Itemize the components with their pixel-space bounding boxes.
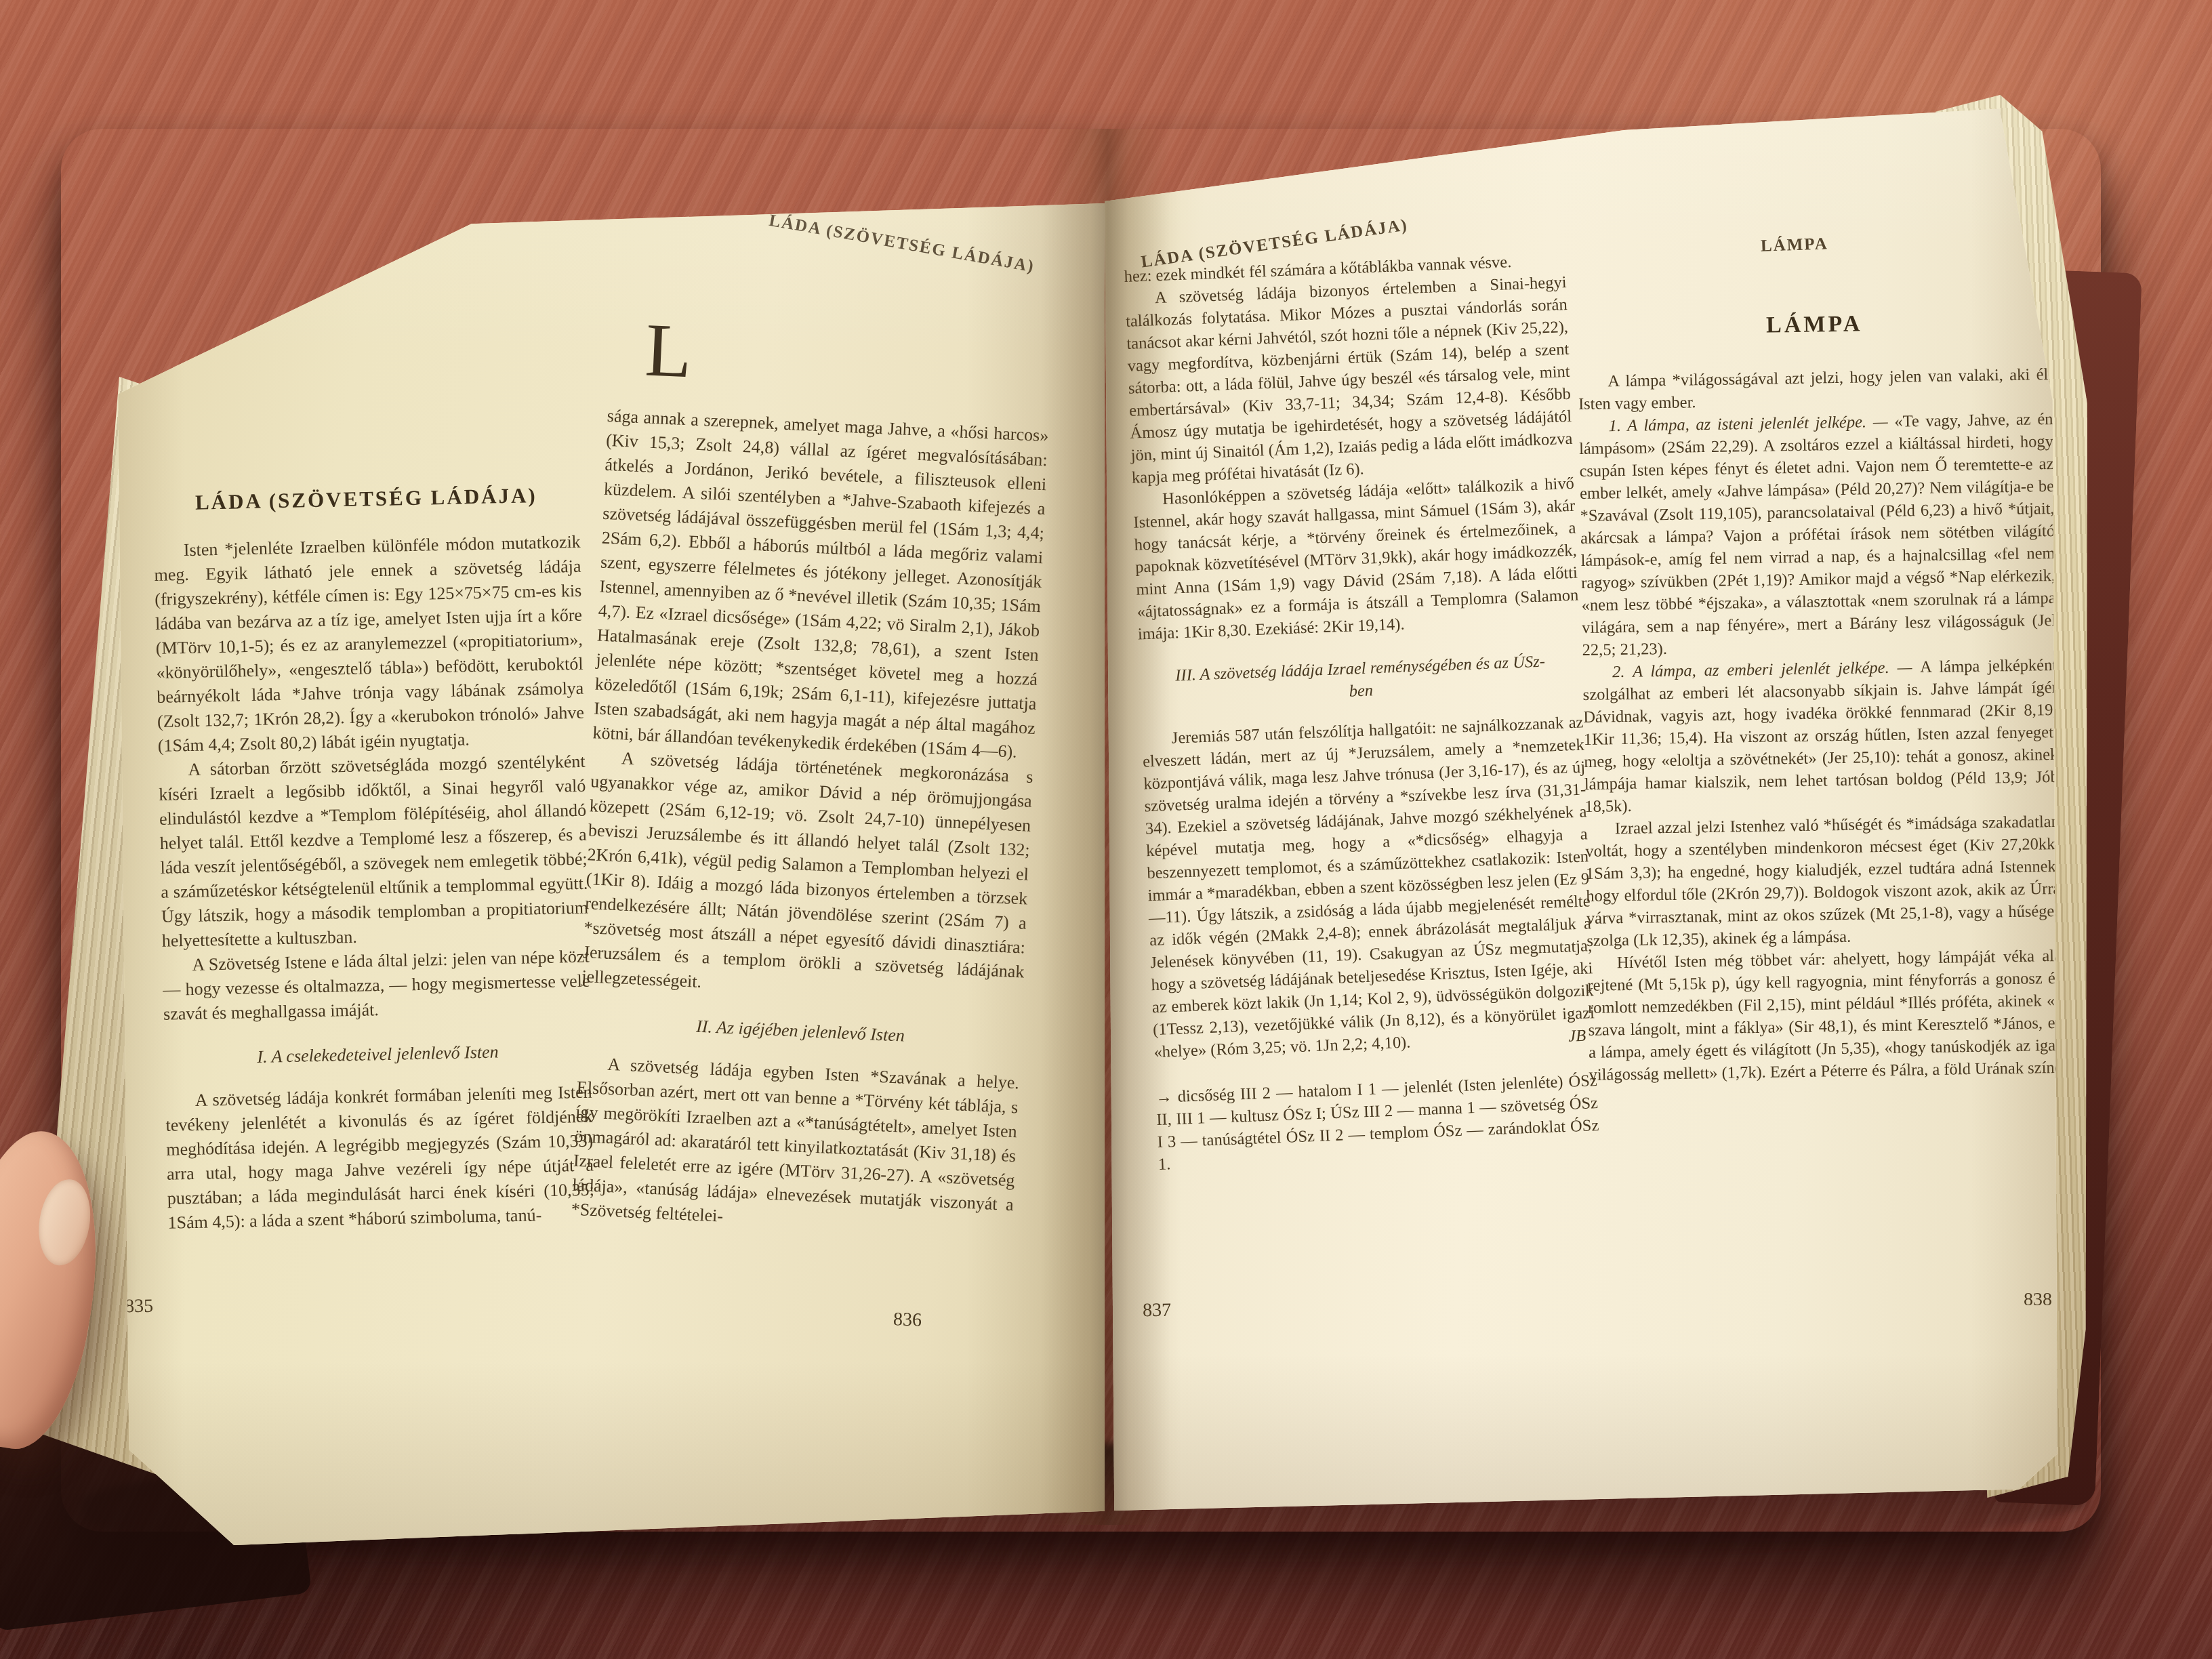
photo-scene: LÁDA (SZÖVETSÉG LÁDÁJA) LÁDA (SZÖVETSÉG … bbox=[0, 0, 2212, 1659]
lamp-title: LÁMPA bbox=[1577, 310, 2051, 340]
paragraph: A szövetség ládája bizonyos értelemben a… bbox=[1124, 271, 1574, 489]
page-number-836: 836 bbox=[893, 1309, 922, 1331]
right-page-column-2: LÁMPAA lámpa *világosságával azt jelzi, … bbox=[1577, 310, 2064, 1086]
section-letter-L: L bbox=[644, 312, 1053, 406]
paragraph: 2. A lámpa, az emberi jelenlét jelképe. … bbox=[1582, 654, 2060, 818]
cross-refs: → dicsőség III 2 — hatalom I 1 — jelenlé… bbox=[1155, 1069, 1601, 1176]
entry-title: LÁDA (SZÖVETSÉG LÁDÁJA) bbox=[152, 483, 580, 516]
section-heading: II. Az igéjében jelenlevő Isten bbox=[607, 1010, 995, 1052]
paragraph: A szövetség ládája egyben Isten *Szavána… bbox=[571, 1051, 1020, 1242]
running-head-lada-inner: LÁDA (SZÖVETSÉG LÁDÁJA) bbox=[768, 211, 1036, 277]
page-number-838: 838 bbox=[2024, 1289, 2052, 1311]
italic-lead: 2. A lámpa, az emberi jelenlét jelképe. … bbox=[1612, 658, 1920, 681]
paragraph: Hívétől Isten még többet vár: ahelyett, … bbox=[1587, 945, 2064, 1086]
paragraph: sága annak a szerepnek, amelyet maga Jah… bbox=[592, 404, 1049, 765]
paragraph: Izrael azzal jelzi Istenhez való *hűségé… bbox=[1585, 811, 2062, 952]
running-head-lampa: LÁMPA bbox=[1761, 234, 1829, 255]
right-page: LÁDA (SZÖVETSÉG LÁDÁJA) LÁMPA hez: ezek … bbox=[1105, 102, 2067, 1525]
left-page-column-2: L sága annak a szerepnek, amelyet maga J… bbox=[571, 310, 1053, 1242]
paragraph: Hasonlóképpen a szövetség ládája «előtt»… bbox=[1132, 472, 1580, 646]
paragraph: A szövetség ládája történetének megkoron… bbox=[581, 745, 1034, 1008]
section-heading: III. A szövetség ládája Izrael reménység… bbox=[1166, 650, 1555, 710]
paragraph: Jeremiás 587 után felszólítja hallgatóit… bbox=[1141, 711, 1596, 1063]
left-page-column-1: LÁDA (SZÖVETSÉG LÁDÁJA)Isten *jelenléte … bbox=[152, 483, 595, 1235]
right-page-column-1: hez: ezek mindkét fél számára a kőtáblák… bbox=[1124, 249, 1600, 1176]
paragraph: A sátorban őrzött szövetségláda mozgó sz… bbox=[158, 750, 589, 954]
thumb-nail bbox=[33, 1176, 96, 1269]
page-number-835: 835 bbox=[125, 1296, 154, 1318]
paragraph: 1. A lámpa, az isteni jelenlét jelképe. … bbox=[1578, 408, 2057, 661]
paragraph: A lámpa *világosságával azt jelzi, hogy … bbox=[1578, 363, 2053, 415]
paragraph: A szövetség ládája konkrét formában jele… bbox=[165, 1080, 594, 1235]
left-page-column-2-text: sága annak a szerepnek, amelyet maga Jah… bbox=[571, 404, 1049, 1242]
paragraph: Isten *jelenléte Izraelben különféle mód… bbox=[153, 530, 585, 758]
page-number-837: 837 bbox=[1143, 1300, 1172, 1322]
italic-lead: 1. A lámpa, az isteni jelenlét jelképe. … bbox=[1608, 413, 1894, 436]
paragraph: A Szövetség Istene e láda által jelzi: j… bbox=[162, 945, 590, 1027]
section-heading: I. A cselekedeteivel jelenlevő Isten bbox=[191, 1038, 565, 1071]
left-page: LÁDA (SZÖVETSÉG LÁDÁJA) LÁDA (SZÖVETSÉG … bbox=[115, 190, 1105, 1552]
